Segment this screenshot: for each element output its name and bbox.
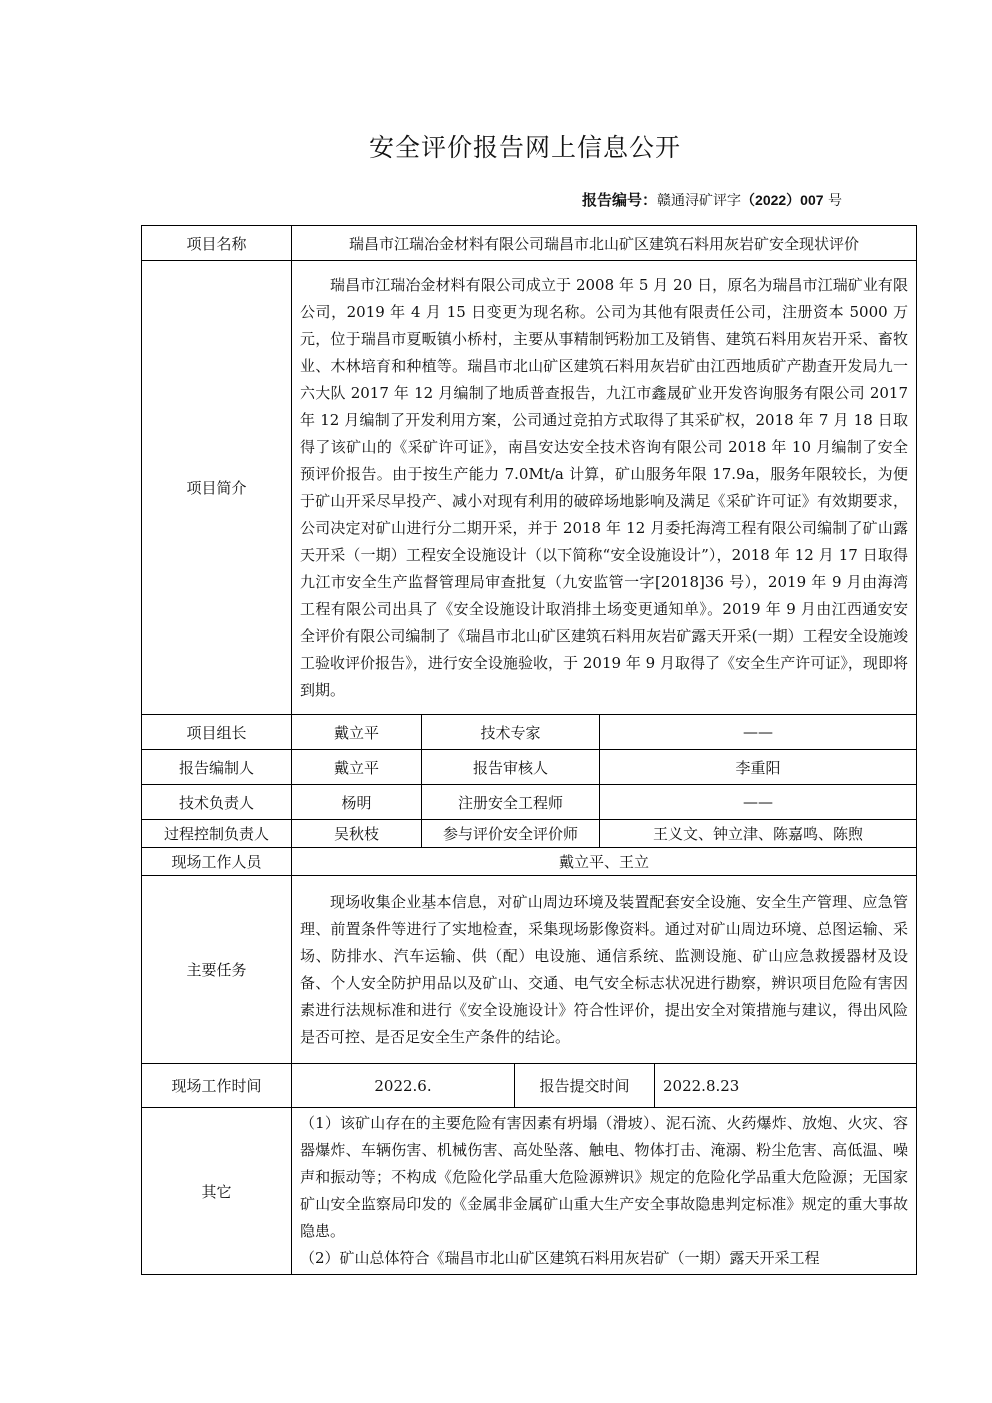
safety-engineer-value: —— bbox=[600, 785, 917, 820]
row-project-intro: 项目简介 瑞昌市江瑞冶金材料有限公司成立于 2008 年 5 月 20 日，原名… bbox=[142, 261, 917, 715]
row-main-tasks: 主要任务 现场收集企业基本信息，对矿山周边环境及装置配套安全设施、安全生产管理、… bbox=[142, 876, 917, 1064]
other-value: （1）该矿山存在的主要危险有害因素有坍塌（滑坡）、泥石流、火药爆炸、放炮、火灾、… bbox=[292, 1108, 917, 1275]
report-reviewer-value: 李重阳 bbox=[600, 750, 917, 785]
main-tasks-label: 主要任务 bbox=[142, 876, 292, 1064]
report-author-value: 戴立平 bbox=[292, 750, 422, 785]
tech-lead-value: 杨明 bbox=[292, 785, 422, 820]
row-time: 现场工作时间 2022.6. 报告提交时间 2022.8.23 bbox=[142, 1064, 917, 1108]
team-leader-value: 戴立平 bbox=[292, 715, 422, 750]
team-leader-label: 项目组长 bbox=[142, 715, 292, 750]
evaluators-value: 王义文、钟立津、陈嘉鸣、陈煦 bbox=[600, 820, 917, 848]
process-control-value: 吴秋枝 bbox=[292, 820, 422, 848]
row-other: 其它 （1）该矿山存在的主要危险有害因素有坍塌（滑坡）、泥石流、火药爆炸、放炮、… bbox=[142, 1108, 917, 1275]
report-author-label: 报告编制人 bbox=[142, 750, 292, 785]
field-staff-value: 戴立平、王立 bbox=[292, 848, 917, 876]
report-number-label: 报告编号： bbox=[582, 191, 657, 209]
row-people-2: 技术负责人 杨明 注册安全工程师 —— bbox=[142, 785, 917, 820]
row-project-name: 项目名称 瑞昌市江瑞冶金材料有限公司瑞昌市北山矿区建筑石料用灰岩矿安全现状评价 bbox=[142, 226, 917, 261]
other-item-2: （2）矿山总体符合《瑞昌市北山矿区建筑石料用灰岩矿（一期）露天开采工程 bbox=[300, 1245, 908, 1272]
row-people-0: 项目组长 戴立平 技术专家 —— bbox=[142, 715, 917, 750]
report-number: 报告编号：赣通浔矿评字（2022）007 号 bbox=[582, 189, 842, 210]
row-people-1: 报告编制人 戴立平 报告审核人 李重阳 bbox=[142, 750, 917, 785]
row-field-staff: 现场工作人员 戴立平、王立 bbox=[142, 848, 917, 876]
field-work-time-label: 现场工作时间 bbox=[142, 1064, 292, 1108]
field-work-time-value: 2022.6. bbox=[292, 1064, 515, 1108]
report-number-prefix: 赣通浔矿评字 bbox=[657, 193, 741, 209]
main-tasks-value: 现场收集企业基本信息，对矿山周边环境及装置配套安全设施、安全生产管理、应急管理、… bbox=[292, 876, 917, 1064]
report-submit-time-value: 2022.8.23 bbox=[655, 1064, 917, 1108]
project-intro-value: 瑞昌市江瑞冶金材料有限公司成立于 2008 年 5 月 20 日，原名为瑞昌市江… bbox=[292, 261, 917, 715]
safety-engineer-label: 注册安全工程师 bbox=[422, 785, 600, 820]
other-item-1: （1）该矿山存在的主要危险有害因素有坍塌（滑坡）、泥石流、火药爆炸、放炮、火灾、… bbox=[300, 1110, 908, 1245]
info-table: 项目名称 瑞昌市江瑞冶金材料有限公司瑞昌市北山矿区建筑石料用灰岩矿安全现状评价 … bbox=[141, 225, 917, 1275]
report-reviewer-label: 报告审核人 bbox=[422, 750, 600, 785]
tech-lead-label: 技术负责人 bbox=[142, 785, 292, 820]
document-title: 安全评价报告网上信息公开 bbox=[0, 128, 992, 164]
row-people-3: 过程控制负责人 吴秋枝 参与评价安全评价师 王义文、钟立津、陈嘉鸣、陈煦 bbox=[142, 820, 917, 848]
tech-expert-value: —— bbox=[600, 715, 917, 750]
report-submit-time-label: 报告提交时间 bbox=[515, 1064, 655, 1108]
project-name-label: 项目名称 bbox=[142, 226, 292, 261]
report-number-suffix: 号 bbox=[828, 193, 842, 209]
evaluators-label: 参与评价安全评价师 bbox=[422, 820, 600, 848]
other-label: 其它 bbox=[142, 1108, 292, 1275]
report-number-code: （2022）007 bbox=[741, 192, 824, 208]
tech-expert-label: 技术专家 bbox=[422, 715, 600, 750]
project-name-value: 瑞昌市江瑞冶金材料有限公司瑞昌市北山矿区建筑石料用灰岩矿安全现状评价 bbox=[292, 226, 917, 261]
field-staff-label: 现场工作人员 bbox=[142, 848, 292, 876]
process-control-label: 过程控制负责人 bbox=[142, 820, 292, 848]
project-intro-label: 项目简介 bbox=[142, 261, 292, 715]
